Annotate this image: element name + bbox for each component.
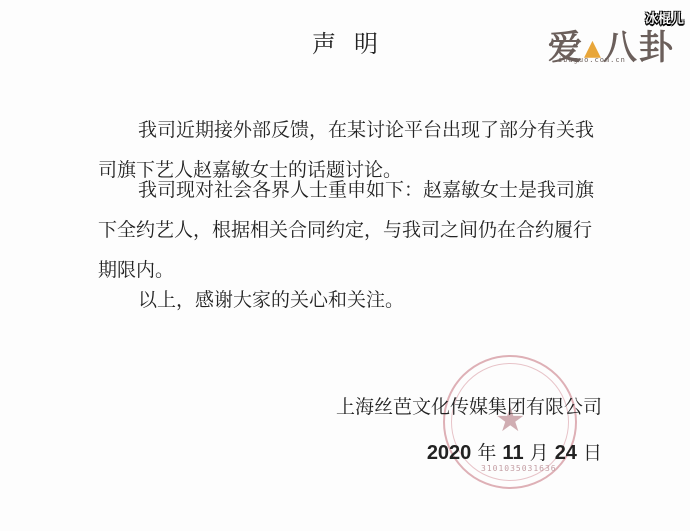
signature-company: 上海丝芭文化传媒集团有限公司 [336, 392, 602, 419]
seal-serial: 3101035031636 [481, 464, 557, 473]
paragraph-line: 下全约艺人，根据相关合同约定，与我司之间仍在合约履行 [98, 210, 618, 250]
document-title: 声明 [0, 24, 690, 59]
paragraph-line: 我司近期接外部反馈，在某讨论平台出现了部分有关我 [98, 110, 618, 150]
paragraph-line: 以上，感谢大家的关心和关注。 [98, 280, 618, 320]
date-year: 2020 [427, 442, 472, 464]
paragraph-line: 我司现对社会各界人士重申如下：赵嘉敏女士是我司旗 [98, 170, 618, 210]
signature-date: 2020 年 11 月 24 日 [427, 438, 602, 465]
date-day: 24 [555, 442, 577, 464]
paragraph-2: 我司现对社会各界人士重申如下：赵嘉敏女士是我司旗 下全约艺人，根据相关合同约定，… [98, 170, 618, 290]
date-year-unit: 年 [477, 442, 496, 464]
statement-document: 冰棍儿 爱▲八卦 ibaguo.com.cn 声明 我司近期接外部反馈，在某讨论… [0, 0, 690, 531]
date-month-unit: 月 [530, 442, 549, 464]
date-month: 11 [502, 442, 523, 464]
date-day-unit: 日 [583, 442, 602, 464]
paragraph-3: 以上，感谢大家的关心和关注。 [98, 280, 618, 320]
company-seal: ★ 3101035031636 [443, 355, 577, 489]
